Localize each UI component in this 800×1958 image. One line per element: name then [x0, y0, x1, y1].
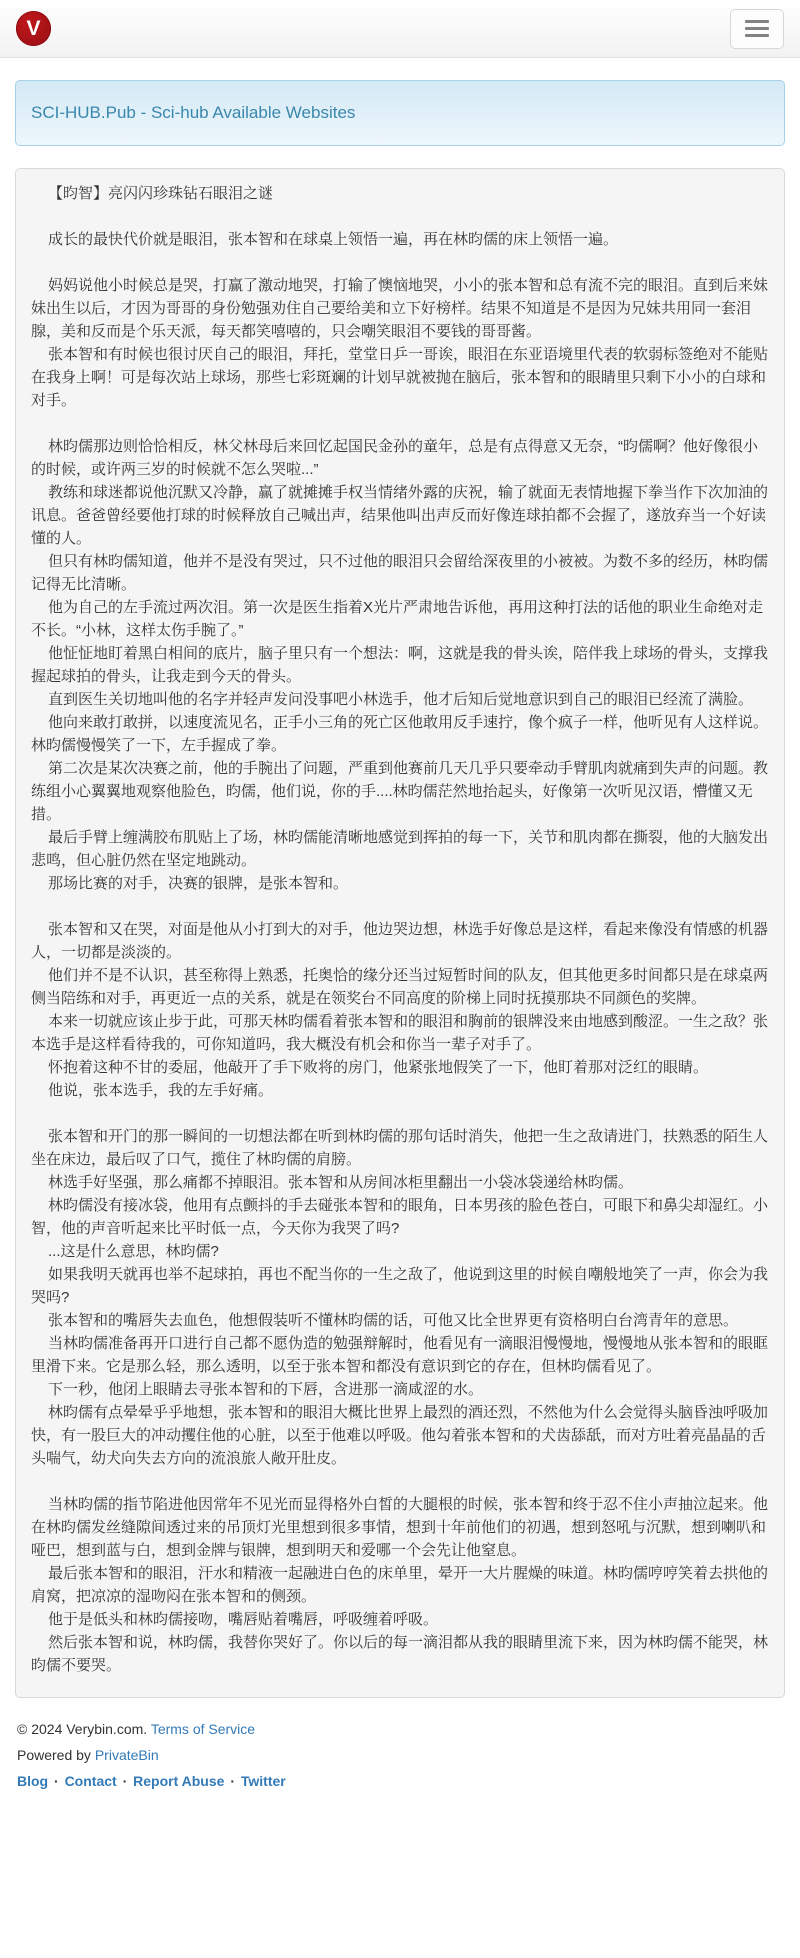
article-paragraph: 林昀儒有点晕晕乎乎地想，张本智和的眼泪大概比世界上最烈的酒还烈，不然他为什么会觉… [31, 1401, 769, 1470]
article-blank-line [31, 1102, 769, 1125]
article-paragraph: 当林昀儒的指节陷进他因常年不见光而显得格外白皙的大腿根的时候，张本智和终于忍不住… [31, 1493, 769, 1562]
article-paragraph: 本来一切就应该止步于此，可那天林昀儒看着张本智和的眼泪和胸前的银牌没来由地感到酸… [31, 1010, 769, 1056]
link-separator: · [54, 1773, 59, 1789]
article-paragraph: 最后手臂上缠满胶布肌贴上了场，林昀儒能清晰地感觉到挥拍的每一下，关节和肌肉都在撕… [31, 826, 769, 872]
article-paragraph: 张本智和有时候也很讨厌自己的眼泪，拜托，堂堂日乒一哥诶，眼泪在东亚语境里代表的软… [31, 343, 769, 412]
article-paragraph: 那场比赛的对手，决赛的银牌，是张本智和。 [31, 872, 769, 895]
article-paragraph: 张本智和开门的那一瞬间的一切想法都在听到林昀儒的那句话时消失，他把一生之敌请进门… [31, 1125, 769, 1171]
main-container: SCI-HUB.Pub - Sci-hub Available Websites… [0, 80, 800, 1789]
blog-link[interactable]: Blog [17, 1773, 48, 1789]
article-blank-line [31, 1470, 769, 1493]
article-paragraph: 林昀儒没有接冰袋，他用有点颤抖的手去碰张本智和的眼角，日本男孩的脸色苍白，可眼下… [31, 1194, 769, 1240]
hamburger-icon-bar [745, 20, 769, 23]
article-paragraph: 他为自己的左手流过两次泪。第一次是医生指着X光片严肃地告诉他，再用这种打法的话他… [31, 596, 769, 642]
powered-by-text: Powered by [17, 1747, 91, 1763]
link-separator: · [230, 1773, 235, 1789]
article-paragraph: 教练和球迷都说他沉默又冷静，赢了就摊摊手权当情绪外露的庆祝，输了就面无表情地握下… [31, 481, 769, 550]
article-paragraph: 成长的最快代价就是眼泪，张本智和在球桌上领悟一遍，再在林昀儒的床上领悟一遍。 [31, 228, 769, 251]
link-separator: · [123, 1773, 128, 1789]
powered-by-line: Powered by PrivateBin [17, 1748, 785, 1763]
article-blank-line [31, 205, 769, 228]
article-paragraph: 妈妈说他小时候总是哭，打赢了激动地哭，打输了懊恼地哭，小小的张本智和总有流不完的… [31, 274, 769, 343]
article-paragraph-list: 成长的最快代价就是眼泪，张本智和在球桌上领悟一遍，再在林昀儒的床上领悟一遍。妈妈… [31, 205, 769, 1677]
article-paragraph: 当林昀儒准备再开口进行自己都不愿伪造的勉强辩解时，他看见有一滴眼泪慢慢地，慢慢地… [31, 1332, 769, 1378]
site-logo[interactable]: V [16, 11, 51, 46]
hamburger-icon-bar [745, 27, 769, 30]
article-paragraph: 张本智和又在哭，对面是他从小打到大的对手，他边哭边想，林选手好像总是这样，看起来… [31, 918, 769, 964]
privatebin-link[interactable]: PrivateBin [95, 1747, 159, 1763]
article-paragraph: 直到医生关切地叫他的名字并轻声发问没事吧小林选手，他才后知后觉地意识到自己的眼泪… [31, 688, 769, 711]
paste-content-box: 【昀智】亮闪闪珍珠钻石眼泪之谜 成长的最快代价就是眼泪，张本智和在球桌上领悟一遍… [15, 168, 785, 1698]
article-paragraph: 林选手好坚强，那么痛都不掉眼泪。张本智和从房间冰柜里翻出一小袋冰袋递给林昀儒。 [31, 1171, 769, 1194]
contact-link[interactable]: Contact [65, 1773, 117, 1789]
article-paragraph: 张本智和的嘴唇失去血色，他想假装听不懂林昀儒的话，可他又比全世界更有资格明白台湾… [31, 1309, 769, 1332]
hamburger-menu-button[interactable] [730, 9, 784, 49]
copyright-line: © 2024 Verybin.com. Terms of Service [17, 1722, 785, 1737]
twitter-link[interactable]: Twitter [241, 1773, 286, 1789]
article-blank-line [31, 895, 769, 918]
article-paragraph: 他于是低头和林昀儒接吻，嘴唇贴着嘴唇，呼吸缠着呼吸。 [31, 1608, 769, 1631]
navbar: V [0, 0, 800, 58]
page-footer: © 2024 Verybin.com. Terms of Service Pow… [17, 1722, 785, 1789]
scihub-banner-link[interactable]: SCI-HUB.Pub - Sci-hub Available Websites [15, 80, 785, 146]
article-paragraph: 下一秒，他闭上眼睛去寻张本智和的下唇，含进那一滴咸涩的水。 [31, 1378, 769, 1401]
article-paragraph: 最后张本智和的眼泪，汗水和精液一起融进白色的床单里，晕开一大片腥燥的味道。林昀儒… [31, 1562, 769, 1608]
article-paragraph: 他怔怔地盯着黑白相间的底片，脑子里只有一个想法：啊，这就是我的骨头诶，陪伴我上球… [31, 642, 769, 688]
logo-letter: V [26, 18, 40, 39]
article-paragraph: 如果我明天就再也举不起球拍，再也不配当你的一生之敌了，他说到这里的时候自嘲般地笑… [31, 1263, 769, 1309]
article-paragraph: 但只有林昀儒知道，他并不是没有哭过，只不过他的眼泪只会留给深夜里的小被被。为数不… [31, 550, 769, 596]
report-abuse-link[interactable]: Report Abuse [133, 1773, 224, 1789]
article-paragraph: 怀抱着这种不甘的委屈，他敲开了手下败将的房门，他紧张地假笑了一下，他盯着那对泛红… [31, 1056, 769, 1079]
article-paragraph: 第二次是某次决赛之前，他的手腕出了问题，严重到他赛前几天几乎只要牵动手臂肌肉就痛… [31, 757, 769, 826]
terms-of-service-link[interactable]: Terms of Service [151, 1721, 255, 1737]
article-title: 【昀智】亮闪闪珍珠钻石眼泪之谜 [31, 182, 769, 205]
article-blank-line [31, 251, 769, 274]
article-paragraph: 林昀儒那边则恰恰相反，林父林母后来回忆起国民金孙的童年，总是有点得意又无奈，“昀… [31, 435, 769, 481]
footer-links-row: Blog · Contact · Report Abuse · Twitter [17, 1774, 785, 1789]
hamburger-icon-bar [745, 34, 769, 37]
article-paragraph: 然后张本智和说，林昀儒，我替你哭好了。你以后的每一滴泪都从我的眼睛里流下来，因为… [31, 1631, 769, 1677]
copyright-text: © 2024 Verybin.com. [17, 1721, 147, 1737]
article-paragraph: ...这是什么意思，林昀儒? [31, 1240, 769, 1263]
paste-article: 【昀智】亮闪闪珍珠钻石眼泪之谜 成长的最快代价就是眼泪，张本智和在球桌上领悟一遍… [31, 182, 769, 1677]
article-paragraph: 他们并不是不认识，甚至称得上熟悉，托奥恰的缘分还当过短暂时间的队友，但其他更多时… [31, 964, 769, 1010]
article-paragraph: 他向来敢打敢拼，以速度流见名，正手小三角的死亡区他敢用反手速拧，像个疯子一样，他… [31, 711, 769, 757]
article-paragraph: 他说，张本选手，我的左手好痛。 [31, 1079, 769, 1102]
article-blank-line [31, 412, 769, 435]
